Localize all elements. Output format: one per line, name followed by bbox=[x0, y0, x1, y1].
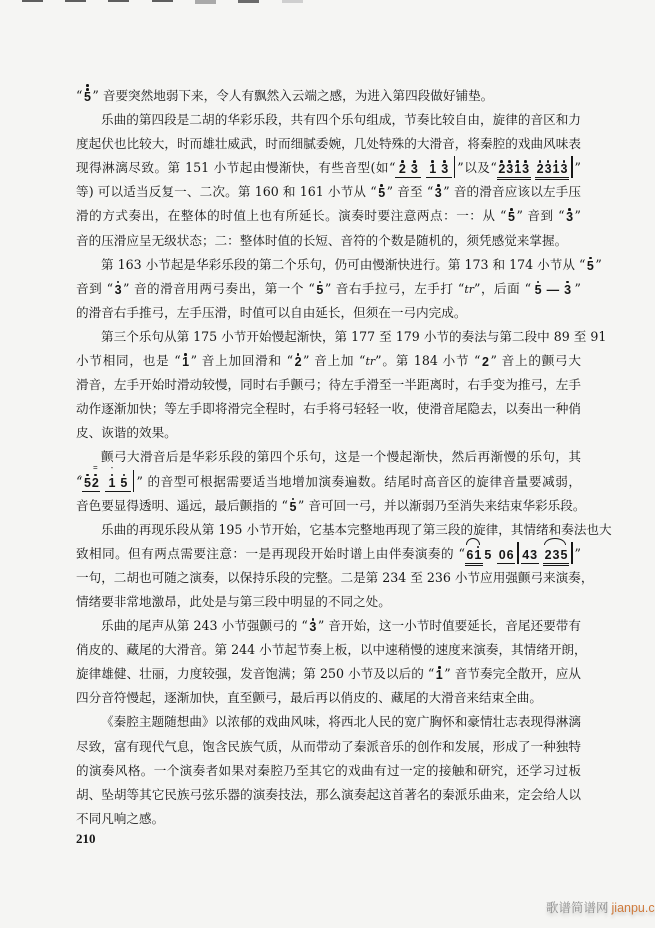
jianpu-note: 2 bbox=[399, 163, 406, 176]
note-digit: 3 bbox=[553, 548, 560, 562]
text-run: 尽致，富有现代气息，饱含民族气质，从而带动了秦派音乐的创作和发展，形成了一种独特 bbox=[76, 739, 581, 754]
text-run: 音的压滑应呈无级状态；二：整体时值的长短、音符的个数是随机的，须凭感觉来掌握。 bbox=[76, 233, 567, 248]
text-line: 乐曲的再现乐段从第 195 小节开始，它基本完整地再现了第三段的旋律，其情绪和奏… bbox=[76, 518, 581, 542]
text-line: 小节相同，也是 “1” 音上加回滑和 “2” 音上加 “tr”。第 184 小节… bbox=[76, 349, 581, 373]
jianpu-note: 2 bbox=[498, 163, 505, 176]
text-line: 乐曲的尾声从第 243 小节强颤弓的 “3” 音开始，这一小节时值要延长，音尾还… bbox=[76, 614, 581, 638]
text-line: 尽致，富有现代气息，饱含民族气质，从而带动了秦派音乐的创作和发展，形成了一种独特 bbox=[76, 735, 581, 759]
text-run: ” 音上的颤弓大 bbox=[490, 353, 581, 368]
jianpu-note: 1- bbox=[108, 477, 115, 490]
text-run: 的演奏风格。一个演奏者如果对秦腔乃至其它的戏曲有过一定的接触和研究，还学习过板 bbox=[76, 763, 581, 778]
note-digit: 3 bbox=[115, 283, 122, 297]
jianpu-note: 5 bbox=[560, 549, 567, 562]
text-run: 致相同。但有两点需要注意：一是再现段开始时谱上由伴奏演奏的 “ bbox=[76, 546, 465, 561]
note-digit: 1 bbox=[553, 162, 560, 176]
note-digit: 2 bbox=[295, 355, 302, 369]
text-run: ” bbox=[575, 160, 581, 175]
scan-edge-mark bbox=[22, 0, 43, 2]
text-line: 动作逐渐加快；等左手即将滑完全程时，右手将弓轻轻一收，使滑音尾隐去，以奏出一种俏 bbox=[76, 397, 581, 421]
jianpu-note: 3 bbox=[560, 163, 567, 176]
jianpu-note: 5 bbox=[484, 549, 491, 562]
note-digit: 1 bbox=[182, 355, 189, 369]
text-line: 胡、坠胡等其它民族弓弦乐器的演奏技法，那么演奏起这首著名的秦派乐曲来，定会给人以 bbox=[76, 783, 581, 807]
octave-dot bbox=[86, 88, 89, 91]
note-digit: 0 bbox=[499, 548, 506, 562]
text-run: 动作逐渐加快；等左手即将滑完全程时，右手将弓轻轻一收，使滑音尾隐去，以奏出一种俏 bbox=[76, 401, 581, 416]
note-digit: 3 bbox=[545, 162, 552, 176]
note-digit: 1 bbox=[436, 668, 443, 682]
notation-group: 3 bbox=[433, 187, 443, 201]
note-digit: 3 bbox=[522, 162, 529, 176]
scan-edge-mark bbox=[238, 0, 259, 3]
jianpu-note: 1 bbox=[474, 549, 481, 562]
text-line: 滑音，左手开始时滑动较慢，同时右手颤弓；待左手滑至一半距离时，右手变为推弓，左手 bbox=[76, 373, 581, 397]
text-line: 旋律雄健、壮丽，力度较强，发音饱满；第 250 小节及以后的 “1” 音节奏完全… bbox=[76, 662, 581, 686]
note-digit: 3 bbox=[309, 620, 316, 634]
notation-group: 5 bbox=[377, 187, 387, 201]
note-digit: 1 bbox=[108, 476, 115, 490]
octave-dot bbox=[516, 160, 519, 163]
jianpu-note: 3 bbox=[553, 549, 560, 562]
note-digit: 4 bbox=[522, 548, 529, 562]
octave-dot bbox=[443, 160, 446, 163]
bar-line bbox=[517, 542, 519, 564]
notation-group: 1 bbox=[434, 669, 444, 683]
notation-group: 5 bbox=[315, 284, 325, 298]
text-run: 第 163 小节起是华彩乐段的第二个乐句，仍可由慢渐快进行。第 173 和 17… bbox=[101, 257, 585, 272]
text-run: 胡、坠胡等其它民族弓弦乐器的演奏技法，那么演奏起这首著名的秦派乐曲来，定会给人以 bbox=[76, 787, 581, 802]
text-run: 颤弓大滑音后是华彩乐段的第四个乐句，这是一个慢起渐快，然后再渐慢的乐句，其 bbox=[101, 449, 581, 464]
note-digit: 5 bbox=[316, 283, 323, 297]
bar-line bbox=[571, 156, 573, 178]
jianpu-note: 3 bbox=[564, 284, 571, 297]
paragraph: “5” 音要突然地弱下来，令人有飘然入云端之感，为进入第四段做好铺垫。 bbox=[76, 84, 581, 108]
text-run: 第三个乐句从第 175 小节开始慢起渐快，第 177 至 179 小节的奏法与第… bbox=[101, 329, 606, 344]
note-digit: 2 bbox=[545, 548, 552, 562]
text-run: ” 的音型可根据需要适当地增加演奏遍数。结尾时高音区的旋律音量要减弱， bbox=[136, 474, 581, 489]
watermark-site-name: 歌谱简谱网 bbox=[546, 900, 609, 915]
jianpu-note: 2= bbox=[92, 477, 99, 490]
jianpu-note: 0 bbox=[499, 549, 506, 562]
paragraph: 乐曲的第四段是二胡的华彩乐段，共有四个乐句组成，节奏比较自由，旋律的音区和力度起… bbox=[76, 108, 581, 253]
text-run: 一句，二胡也可随之演奏，以保持乐段的完整。二是第 234 至 236 小节应用强… bbox=[76, 570, 593, 585]
text-run: 情绪要非常地激昂，此处是与第三段中明显的不同之处。 bbox=[76, 594, 391, 609]
scan-edge-mark bbox=[282, 0, 303, 3]
note-digit: 5 bbox=[289, 500, 296, 514]
text-line: 颤弓大滑音后是华彩乐段的第四个乐句，这是一个慢起渐快，然后再渐慢的乐句，其 bbox=[76, 445, 581, 469]
jianpu-note: 3 bbox=[115, 284, 122, 297]
text-line: 情绪要非常地激昂，此处是与第三段中明显的不同之处。 bbox=[76, 590, 581, 614]
note-digit: 5 bbox=[535, 283, 542, 297]
jianpu-note: 5 bbox=[587, 260, 594, 273]
paragraph: 乐曲的尾声从第 243 小节强颤弓的 “3” 音开始，这一小节时值要延长，音尾还… bbox=[76, 614, 581, 710]
text-run: 乐曲的尾声从第 243 小节强颤弓的 “ bbox=[101, 618, 308, 633]
text-line: 音色要显得透明、遥远，最后颤指的 “5” 音可回一弓，并以渐弱乃至消失来结束华彩… bbox=[76, 494, 581, 518]
note-digit: 1 bbox=[474, 548, 481, 562]
text-run: ” 音节奏完全散开，应从 bbox=[444, 666, 581, 681]
notation-group: 2 bbox=[481, 356, 491, 370]
octave-dot bbox=[438, 666, 441, 669]
octave-dot bbox=[563, 160, 566, 163]
note-digit: 3 bbox=[411, 162, 418, 176]
jianpu-note: 5 bbox=[120, 477, 127, 490]
text-run: ” bbox=[575, 208, 581, 223]
site-watermark: 歌谱简谱网jianpu.cn bbox=[546, 898, 655, 916]
note-digit: 3 bbox=[564, 283, 571, 297]
jianpu-note: 3 bbox=[309, 621, 316, 634]
note-digit: 2 bbox=[498, 162, 505, 176]
text-run: 滑音，左手开始时滑动较慢，同时右手颤弓；待左手滑至一半距离时，右手变为推弓，左手 bbox=[76, 377, 581, 392]
jianpu-note: 5 bbox=[289, 501, 296, 514]
text-run: 乐曲的再现乐段从第 195 小节开始，它基本完整地再现了第三段的旋律，其情绪和奏… bbox=[101, 522, 612, 537]
paragraph: 第 163 小节起是华彩乐段的第二个乐句，仍可由慢渐快进行。第 173 和 17… bbox=[76, 253, 581, 325]
text-line: 音到 “3” 音的滑音用两弓奏出，第一个 “5” 音右手拉弓，左手打 “tr”，… bbox=[76, 277, 581, 301]
text-run: ” 音要突然地弱下来，令人有飘然入云端之感，为进入第四段做好铺垫。 bbox=[92, 88, 493, 103]
notation-group: 3 bbox=[308, 621, 318, 635]
jianpu-note: 3 bbox=[411, 163, 418, 176]
octave-dot bbox=[312, 618, 315, 621]
text-run: ”。第 184 小节 “ bbox=[375, 353, 480, 368]
jianpu-note: ˊ5 bbox=[84, 477, 91, 490]
notation-group: 2 bbox=[293, 356, 303, 370]
notation-group: 1-5 bbox=[105, 477, 131, 492]
text-run: ” 音右手拉弓，左手打 “ bbox=[325, 281, 465, 296]
text-run: 音色要显得透明、遥远，最后颤指的 “ bbox=[76, 498, 288, 513]
notation-group: 5 bbox=[507, 211, 517, 225]
text-run: 音到 “ bbox=[76, 281, 113, 296]
jianpu-note: 3 bbox=[435, 187, 442, 200]
notation-group: 3 bbox=[565, 211, 575, 225]
octave-dot bbox=[431, 160, 434, 163]
note-digit: — bbox=[547, 283, 560, 297]
text-run: 等) 可以适当反复一、二次。第 160 和 161 小节从 “ bbox=[76, 184, 377, 199]
text-run: ” bbox=[595, 257, 601, 272]
bar-line bbox=[454, 156, 456, 178]
text-run: ” 音上加 “ bbox=[303, 353, 365, 368]
ornament-mark: - bbox=[111, 464, 114, 472]
text-run: ” 音的滑音用两弓奏出，第一个 “ bbox=[123, 281, 315, 296]
note-digit: 5 bbox=[378, 186, 385, 200]
text-line: 俏皮的、藏尾的大滑音。第 244 小节起节奏上板，以中速稍慢的速度来演奏，其情绪… bbox=[76, 638, 581, 662]
notation-group: 2313 bbox=[497, 163, 531, 180]
notation-group: 5 bbox=[288, 501, 298, 515]
notation-group: 61 bbox=[465, 549, 483, 566]
ornament-mark: = bbox=[93, 464, 98, 472]
scan-edge-mark bbox=[152, 0, 173, 2]
text-run: ” 音上加回滑和 “ bbox=[191, 353, 293, 368]
text-run: ” bbox=[575, 546, 581, 561]
jianpu-note: 3 bbox=[522, 163, 529, 176]
notation-group: 13 bbox=[426, 163, 452, 178]
notation-group: 5—3 bbox=[531, 284, 574, 298]
notation-group: 43 bbox=[521, 549, 539, 564]
note-digit: 5 bbox=[120, 476, 127, 490]
scan-edge-mark bbox=[108, 0, 129, 2]
jianpu-note: 3 bbox=[566, 211, 573, 224]
note-digit: 2 bbox=[482, 355, 489, 369]
document-body-text: “5” 音要突然地弱下来，令人有飘然入云端之感，为进入第四段做好铺垫。乐曲的第四… bbox=[76, 84, 581, 831]
text-run: 的滑音右手推弓，左手压滑，时值可以自由延长，但须在一弓内完成。 bbox=[76, 305, 466, 320]
note-digit: 2 bbox=[399, 162, 406, 176]
octave-dot bbox=[413, 160, 416, 163]
note-digit: 3 bbox=[506, 162, 513, 176]
octave-dot bbox=[297, 353, 300, 356]
text-line: 致相同。但有两点需要注意：一是再现段开始时谱上由伴奏演奏的 “615 0643 … bbox=[76, 542, 581, 566]
notation-group: 5 bbox=[585, 260, 595, 274]
text-line: 音的压滑应呈无级状态；二：整体时值的长短、音符的个数是随机的，须凭感觉来掌握。 bbox=[76, 229, 581, 253]
jianpu-note: 2 bbox=[482, 356, 489, 369]
note-digit: 5 bbox=[84, 90, 91, 104]
text-line: 第三个乐句从第 175 小节开始慢起渐快，第 177 至 179 小节的奏法与第… bbox=[76, 325, 581, 349]
text-run: 现得淋漓尽致。第 151 小节起由慢渐快，有些音型(如“ bbox=[76, 160, 395, 175]
text-line: 现得淋漓尽致。第 151 小节起由慢渐快，有些音型(如“23 13”以及“231… bbox=[76, 156, 581, 180]
jianpu-note: — bbox=[547, 284, 560, 297]
scan-edge-mark bbox=[65, 0, 86, 2]
note-digit: 5 bbox=[84, 476, 91, 490]
octave-dot bbox=[86, 84, 89, 87]
octave-dot bbox=[437, 184, 440, 187]
octave-dot bbox=[86, 474, 89, 477]
octave-dot bbox=[524, 160, 527, 163]
text-run: 旋律雄健、壮丽，力度较强，发音饱满；第 250 小节及以后的 “ bbox=[76, 666, 434, 681]
notation-group: 235 bbox=[543, 549, 569, 566]
jianpu-note: 3 bbox=[506, 163, 513, 176]
octave-dot bbox=[401, 160, 404, 163]
octave-dot bbox=[568, 208, 571, 211]
notation-group: 2313 bbox=[535, 163, 569, 180]
note-digit: 5 bbox=[560, 548, 567, 562]
note-digit: 2 bbox=[537, 162, 544, 176]
note-digit: 3 bbox=[435, 186, 442, 200]
note-digit: 5 bbox=[587, 259, 594, 273]
trill-symbol: tr bbox=[365, 355, 375, 368]
text-run: 皮、诙谐的效果。 bbox=[76, 425, 177, 440]
note-digit: 3 bbox=[560, 162, 567, 176]
text-run: 不同凡响之感。 bbox=[76, 811, 164, 826]
jianpu-note: 5 bbox=[84, 91, 91, 104]
text-line: 滑的方式奏出，在整体的时值上也有所延长。演奏时要注意两点：一：从 “5” 音到 … bbox=[76, 204, 581, 228]
jianpu-note: 1 bbox=[429, 163, 436, 176]
note-digit: 6 bbox=[507, 548, 514, 562]
text-line: 的滑音右手推弓，左手压滑，时值可以自由延长，但须在一弓内完成。 bbox=[76, 301, 581, 325]
jianpu-note: 2 bbox=[295, 356, 302, 369]
text-line: 的演奏风格。一个演奏者如果对秦腔乃至其它的戏曲有过一定的接触和研究，还学习过板 bbox=[76, 759, 581, 783]
jianpu-note: 2 bbox=[545, 549, 552, 562]
watermark-site-url: jianpu.cn bbox=[612, 901, 655, 915]
note-digit: 2 bbox=[92, 476, 99, 490]
text-run: ” bbox=[575, 281, 581, 296]
notation-group: 5 bbox=[483, 549, 493, 563]
text-run: ” 音至 “ bbox=[387, 184, 434, 199]
note-digit: 6 bbox=[466, 548, 473, 562]
text-line: 不同凡响之感。 bbox=[76, 807, 581, 831]
paragraph: 乐曲的再现乐段从第 195 小节开始，它基本完整地再现了第三段的旋律，其情绪和奏… bbox=[76, 518, 581, 614]
jianpu-note: 1 bbox=[436, 669, 443, 682]
bar-line bbox=[571, 542, 573, 564]
text-line: 《秦腔主题随想曲》以浓郁的戏曲风味，将西北人民的宽广胸怀和豪情壮志表现得淋漓 bbox=[76, 710, 581, 734]
jianpu-note: 1 bbox=[514, 163, 521, 176]
jianpu-note: 4 bbox=[522, 549, 529, 562]
notation-group: 5 bbox=[82, 91, 92, 105]
jianpu-note: 5 bbox=[316, 284, 323, 297]
text-line: 度起伏也比较大，时而雄壮威武，时而细腻委婉，几处特殊的大滑音，将秦腔的戏曲风味表 bbox=[76, 132, 581, 156]
paragraph: 《秦腔主题随想曲》以浓郁的戏曲风味，将西北人民的宽广胸怀和豪情壮志表现得淋漓尽致… bbox=[76, 710, 581, 830]
trill-symbol: tr bbox=[464, 283, 474, 296]
jianpu-note: 3 bbox=[441, 163, 448, 176]
notation-group: 3 bbox=[113, 284, 123, 298]
text-line: 乐曲的第四段是二胡的华彩乐段，共有四个乐句组成，节奏比较自由，旋律的音区和力 bbox=[76, 108, 581, 132]
octave-dot bbox=[589, 257, 592, 260]
octave-dot bbox=[510, 208, 513, 211]
jianpu-note: 5 bbox=[378, 187, 385, 200]
slide-mark: ˊ bbox=[78, 474, 81, 487]
notation-group: ˊ52= bbox=[82, 477, 100, 492]
notation-group: 23 bbox=[395, 163, 421, 178]
page-number: 210 bbox=[76, 831, 96, 847]
jianpu-note: 1 bbox=[182, 356, 189, 369]
note-digit: 1 bbox=[514, 162, 521, 176]
text-line: 第 163 小节起是华彩乐段的第二个乐句，仍可由慢渐快进行。第 173 和 17… bbox=[76, 253, 581, 277]
text-line: 一句，二胡也可随之演奏，以保持乐段的完整。二是第 234 至 236 小节应用强… bbox=[76, 566, 581, 590]
text-run: 滑的方式奏出，在整体的时值上也有所延长。演奏时要注意两点：一：从 “ bbox=[76, 208, 507, 223]
jianpu-note: 6 bbox=[507, 549, 514, 562]
text-run: 《秦腔主题随想曲》以浓郁的戏曲风味，将西北人民的宽广胸怀和豪情壮志表现得淋漓 bbox=[101, 714, 581, 729]
slur-arc bbox=[466, 538, 480, 545]
jianpu-note: 5 bbox=[508, 211, 515, 224]
note-digit: 5 bbox=[484, 548, 491, 562]
text-line: 皮、诙谐的效果。 bbox=[76, 421, 581, 445]
text-line: “ˊ52= 1-5” 的音型可根据需要适当地增加演奏遍数。结尾时高音区的旋律音量… bbox=[76, 470, 581, 494]
text-line: “5” 音要突然地弱下来，令人有飘然入云端之感，为进入第四段做好铺垫。 bbox=[76, 84, 581, 108]
bar-line bbox=[133, 470, 135, 492]
text-run: 俏皮的、藏尾的大滑音。第 244 小节起节奏上板，以中速稍慢的速度来演奏，其情绪… bbox=[76, 642, 587, 657]
text-run: 乐曲的第四段是二胡的华彩乐段，共有四个乐句组成，节奏比较自由，旋律的音区和力 bbox=[101, 112, 581, 127]
notation-group: 06 bbox=[497, 549, 515, 564]
scan-edge-mark bbox=[195, 0, 216, 4]
note-digit: 3 bbox=[566, 210, 573, 224]
jianpu-note: 2 bbox=[537, 163, 544, 176]
text-run: ” 音可回一弓，并以渐弱乃至消失来结束华彩乐段。 bbox=[298, 498, 586, 513]
octave-dot bbox=[94, 474, 97, 477]
text-run: ” 音开始，这一小节时值要延长，音尾还要带有 bbox=[318, 618, 581, 633]
text-run: ”，后面 “ bbox=[474, 281, 531, 296]
text-line: 等) 可以适当反复一、二次。第 160 和 161 小节从 “5” 音至 “3”… bbox=[76, 180, 581, 204]
text-run: 四分音符慢起，逐渐加快，直至颤弓，最后再以俏皮的、藏尾的大滑音来结束全曲。 bbox=[76, 690, 542, 705]
text-run: 度起伏也比较大，时而雄壮威武，时而细腻委婉，几处特殊的大滑音，将秦腔的戏曲风味表 bbox=[76, 136, 581, 151]
jianpu-note: 5 bbox=[535, 284, 542, 297]
text-run: ” 音到 “ bbox=[516, 208, 564, 223]
octave-dot bbox=[184, 353, 187, 356]
note-digit: 1 bbox=[429, 162, 436, 176]
octave-dot bbox=[500, 160, 503, 163]
text-line: 四分音符慢起，逐渐加快，直至颤弓，最后再以俏皮的、藏尾的大滑音来结束全曲。 bbox=[76, 686, 581, 710]
jianpu-note: 3 bbox=[545, 163, 552, 176]
text-run: ”以及“ bbox=[457, 160, 497, 175]
note-digit: 3 bbox=[530, 548, 537, 562]
notation-group: 1 bbox=[181, 356, 191, 370]
octave-dot bbox=[508, 160, 511, 163]
note-digit: 5 bbox=[508, 210, 515, 224]
jianpu-note: 6 bbox=[466, 549, 473, 562]
text-run: ” 音的滑音应该以左手压 bbox=[443, 184, 581, 199]
paragraph: 第三个乐句从第 175 小节开始慢起渐快，第 177 至 179 小节的奏法与第… bbox=[76, 325, 581, 445]
paragraph: 颤弓大滑音后是华彩乐段的第四个乐句，这是一个慢起渐快，然后再渐慢的乐句，其“ˊ5… bbox=[76, 445, 581, 517]
jianpu-note: 3 bbox=[530, 549, 537, 562]
jianpu-note: 1 bbox=[553, 163, 560, 176]
text-run: 小节相同，也是 “ bbox=[76, 353, 181, 368]
octave-dot bbox=[380, 184, 383, 187]
note-digit: 3 bbox=[441, 162, 448, 176]
